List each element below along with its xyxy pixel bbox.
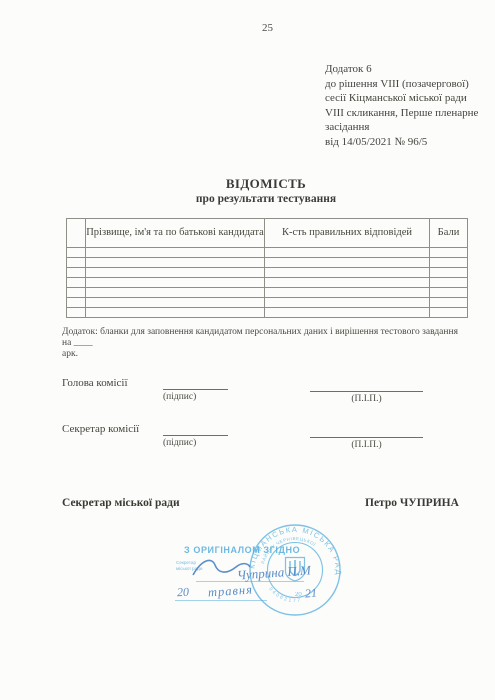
appendix-header-block: Додаток 6 до рішення VIII (позачергової)… [325,62,490,149]
table-cell [86,288,265,298]
note-line2: арк. [62,349,78,359]
name-caption: (П.І.П.) [310,440,423,450]
table-row [67,278,468,288]
col-header-score: Бали [430,219,468,248]
signature-caption: (підпис) [163,438,196,448]
header-line: засідання [325,120,490,135]
table-header-row: Прізвище, ім'я та по батькові кандидата … [67,219,468,248]
attachment-note: Додаток: бланки для заповнення кандидато… [62,327,468,360]
table-cell [265,288,430,298]
header-line: до рішення VIII (позачергової) [325,77,490,92]
signature-line [163,435,228,436]
table-cell [67,268,86,278]
table-cell [265,298,430,308]
stamp-printed-year: 20 [295,592,302,598]
table-cell [265,268,430,278]
table-cell [67,288,86,298]
title-main: ВІДОМІСТЬ [66,176,466,192]
col-header-index [67,219,86,248]
table-row [67,258,468,268]
table-cell [265,258,430,268]
table-cell [430,258,468,268]
table-cell [67,248,86,258]
city-secretary-label: Секретар міської ради [62,497,180,509]
table-cell [67,308,86,318]
table-row [67,298,468,308]
col-header-correct-answers: К-сть правильних відповідей [265,219,430,248]
note-line1: Додаток: бланки для заповнення кандидато… [62,327,458,348]
table-cell [265,308,430,318]
handwritten-date-day: 20 [177,585,190,601]
table-cell [86,268,265,278]
table-row [67,268,468,278]
table-cell [430,298,468,308]
table-row [67,308,468,318]
table-cell [265,278,430,288]
results-table: Прізвище, ім'я та по батькові кандидата … [66,218,468,318]
name-line [310,437,423,438]
table-cell [86,278,265,288]
header-line: Додаток 6 [325,62,490,77]
table-cell [430,248,468,258]
table-cell [265,248,430,258]
stamp-date-rule [175,600,267,601]
table-cell [86,308,265,318]
table-row [67,288,468,298]
table-cell [67,278,86,288]
table-cell [430,278,468,288]
title-sub: про результати тестування [66,193,466,205]
scanned-document-page: 25 Додаток 6 до рішення VIII (позачергов… [0,0,495,700]
name-line [310,391,423,392]
handwritten-date-year: 21 [304,585,318,601]
table-row [67,248,468,258]
table-cell [430,308,468,318]
certified-copy-stamp-text: З ОРИГІНАЛОМ ЗГІДНО [184,545,300,555]
secretary-name: Петро ЧУПРИНА [365,497,459,509]
page-number: 25 [262,22,273,34]
table-cell [430,268,468,278]
table-cell [67,298,86,308]
table-cell [86,258,265,268]
document-title: ВІДОМІСТЬ про результати тестування [66,176,466,205]
header-line: сесії Кіцманської міської ради [325,91,490,106]
table-cell [86,248,265,258]
col-header-candidate-name: Прізвище, ім'я та по батькові кандидата [86,219,265,248]
table-cell [430,288,468,298]
table-cell [67,258,86,268]
header-line: від 14/05/2021 № 96/5 [325,135,490,150]
table-cell [86,298,265,308]
signature-caption: (підпис) [163,392,196,402]
commission-secretary-label: Секретар комісії [62,423,139,435]
signature-line [163,389,228,390]
commission-head-label: Голова комісії [62,377,128,389]
header-line: VIII скликання, Перше пленарне [325,106,490,121]
name-caption: (П.І.П.) [310,394,423,404]
handwritten-date-month: травня [208,582,254,600]
